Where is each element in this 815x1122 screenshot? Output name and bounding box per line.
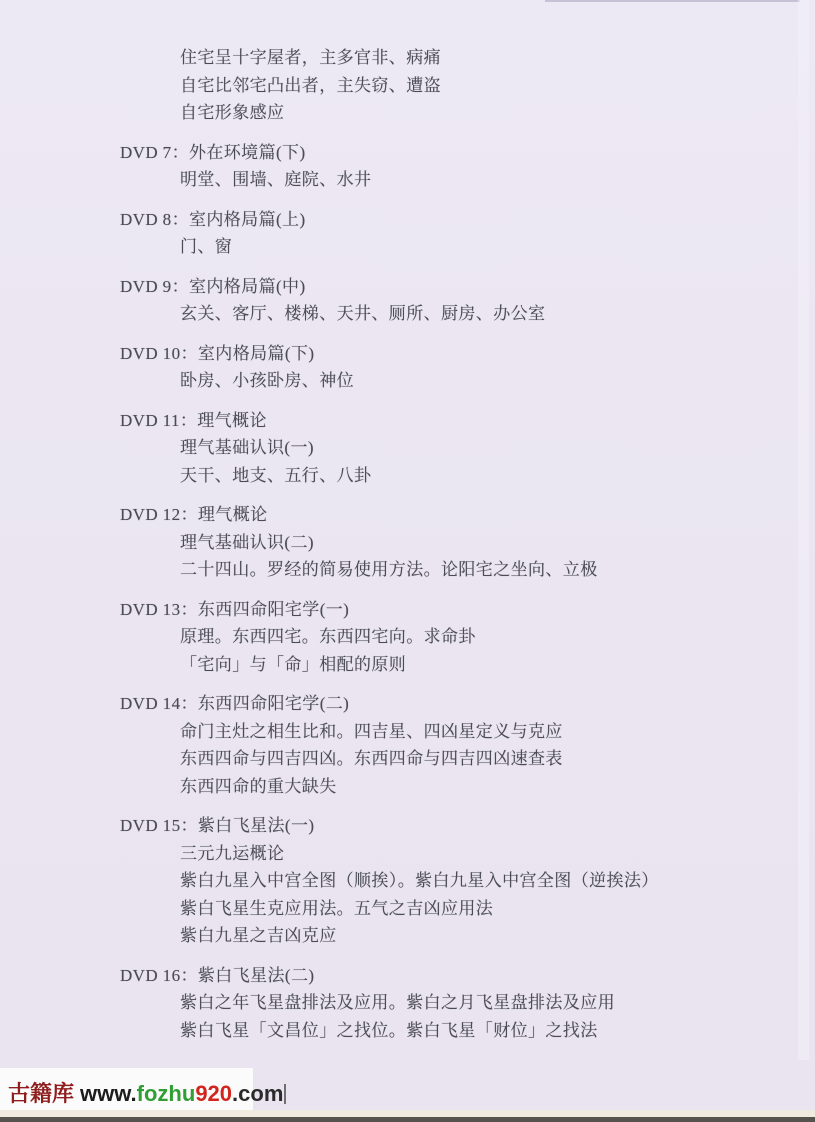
dvd-title: 室内格局篇(上) xyxy=(189,210,306,229)
scan-right-edge xyxy=(798,0,809,1060)
dvd-topic-line: 玄关、客厅、楼梯、天井、厕所、厨房、办公室 xyxy=(180,300,795,328)
dvd-topic-line: 紫白之年飞星盘排法及应用。紫白之月飞星盘排法及应用 xyxy=(180,989,795,1017)
cursor-mark xyxy=(284,1084,286,1104)
watermark-text: 古籍库www.fozhu920.com xyxy=(8,1077,286,1108)
dvd-header: DVD 11：理气概论 xyxy=(120,407,795,435)
dvd-header: DVD 15：紫白飞星法(一) xyxy=(120,812,795,840)
dvd-header: DVD 13：东西四命阳宅学(一) xyxy=(120,596,795,624)
dvd-header: DVD 16：紫白飞星法(二) xyxy=(120,962,795,990)
watermark-url-920: 920 xyxy=(195,1081,232,1106)
dvd-section-9: DVD 9：室内格局篇(中) 玄关、客厅、楼梯、天井、厕所、厨房、办公室 xyxy=(120,273,795,328)
watermark-url-www: www. xyxy=(80,1081,137,1106)
dvd-title: 室内格局篇(中) xyxy=(189,277,306,296)
dvd-label: DVD 11： xyxy=(120,407,197,435)
dvd-header: DVD 14：东西四命阳宅学(二) xyxy=(120,690,795,718)
dvd-topic-line: 门、窗 xyxy=(180,233,795,261)
dvd-topic-line: 理气基础认识(二) xyxy=(180,529,795,557)
dvd-label: DVD 12： xyxy=(120,501,198,529)
dvd-label: DVD 8： xyxy=(120,206,189,234)
watermark-site-name: 古籍库 xyxy=(8,1081,74,1106)
intro-line: 住宅呈十字屋者，主多官非、病痛 xyxy=(180,44,795,72)
dvd-title: 紫白飞星法(二) xyxy=(198,966,315,985)
intro-line: 自宅比邻宅凸出者，主失窃、遭盗 xyxy=(180,72,795,100)
dvd-header: DVD 12：理气概论 xyxy=(120,501,795,529)
dvd-label: DVD 7： xyxy=(120,139,189,167)
scan-bottom-bar xyxy=(0,1117,815,1122)
dvd-title: 外在环境篇(下) xyxy=(189,143,306,162)
dvd-section-15: DVD 15：紫白飞星法(一) 三元九运概论 紫白九星入中宫全图（顺挨）。紫白九… xyxy=(120,812,795,950)
dvd-title: 东西四命阳宅学(一) xyxy=(198,600,349,619)
dvd-section-11: DVD 11：理气概论 理气基础认识(一) 天干、地支、五行、八卦 xyxy=(120,407,795,490)
dvd-label: DVD 16： xyxy=(120,962,198,990)
dvd-topic-line: 卧房、小孩卧房、神位 xyxy=(180,367,795,395)
dvd-title: 室内格局篇(下) xyxy=(198,344,315,363)
dvd-section-7: DVD 7：外在环境篇(下) 明堂、围墙、庭院、水井 xyxy=(120,139,795,194)
intro-block: 住宅呈十字屋者，主多官非、病痛 自宅比邻宅凸出者，主失窃、遭盗 自宅形象感应 xyxy=(120,44,795,127)
dvd-section-14: DVD 14：东西四命阳宅学(二) 命门主灶之相生比和。四吉星、四凶星定义与克应… xyxy=(120,690,795,800)
dvd-topic-line: 紫白九星之吉凶克应 xyxy=(180,922,795,950)
watermark-url-com: .com xyxy=(232,1081,283,1106)
dvd-label: DVD 15： xyxy=(120,812,198,840)
dvd-section-16: DVD 16：紫白飞星法(二) 紫白之年飞星盘排法及应用。紫白之月飞星盘排法及应… xyxy=(120,962,795,1045)
dvd-topic-line: 天干、地支、五行、八卦 xyxy=(180,462,795,490)
dvd-section-10: DVD 10：室内格局篇(下) 卧房、小孩卧房、神位 xyxy=(120,340,795,395)
dvd-topic-line: 命门主灶之相生比和。四吉星、四凶星定义与克应 xyxy=(180,718,795,746)
scan-bottom-strip xyxy=(0,1110,815,1117)
dvd-topic-line: 紫白九星入中宫全图（顺挨）。紫白九星入中宫全图（逆挨法） xyxy=(180,867,795,895)
dvd-header: DVD 7：外在环境篇(下) xyxy=(120,139,795,167)
scan-top-edge xyxy=(545,0,800,2)
dvd-label: DVD 14： xyxy=(120,690,198,718)
dvd-topic-line: 原理。东西四宅。东西四宅向。求命卦 xyxy=(180,623,795,651)
dvd-topic-line: 紫白飞星生克应用法。五气之吉凶应用法 xyxy=(180,895,795,923)
intro-line: 自宅形象感应 xyxy=(180,99,795,127)
dvd-header: DVD 10：室内格局篇(下) xyxy=(120,340,795,368)
dvd-header: DVD 8：室内格局篇(上) xyxy=(120,206,795,234)
watermark-url-fozhu: fozhu xyxy=(137,1081,196,1106)
dvd-topic-line: 东西四命的重大缺失 xyxy=(180,773,795,801)
dvd-title: 东西四命阳宅学(二) xyxy=(198,694,349,713)
dvd-header: DVD 9：室内格局篇(中) xyxy=(120,273,795,301)
scanned-document-page: 住宅呈十字屋者，主多官非、病痛 自宅比邻宅凸出者，主失窃、遭盗 自宅形象感应 D… xyxy=(0,0,815,1122)
dvd-label: DVD 10： xyxy=(120,340,198,368)
dvd-topic-line: 二十四山。罗经的简易使用方法。论阳宅之坐向、立极 xyxy=(180,556,795,584)
dvd-section-13: DVD 13：东西四命阳宅学(一) 原理。东西四宅。东西四宅向。求命卦 「宅向」… xyxy=(120,596,795,679)
dvd-topic-line: 明堂、围墙、庭院、水井 xyxy=(180,166,795,194)
dvd-title: 紫白飞星法(一) xyxy=(198,816,315,835)
dvd-title: 理气概论 xyxy=(197,411,267,430)
dvd-section-12: DVD 12：理气概论 理气基础认识(二) 二十四山。罗经的简易使用方法。论阳宅… xyxy=(120,501,795,584)
dvd-topic-line: 「宅向」与「命」相配的原则 xyxy=(180,651,795,679)
dvd-label: DVD 13： xyxy=(120,596,198,624)
dvd-topic-line: 理气基础认识(一) xyxy=(180,434,795,462)
dvd-topic-line: 东西四命与四吉四凶。东西四命与四吉四凶速查表 xyxy=(180,745,795,773)
dvd-topic-line: 三元九运概论 xyxy=(180,840,795,868)
dvd-section-8: DVD 8：室内格局篇(上) 门、窗 xyxy=(120,206,795,261)
dvd-title: 理气概论 xyxy=(198,505,268,524)
document-content: 住宅呈十字屋者，主多官非、病痛 自宅比邻宅凸出者，主失窃、遭盗 自宅形象感应 D… xyxy=(120,44,795,1044)
dvd-topic-line: 紫白飞星「文昌位」之找位。紫白飞星「财位」之找法 xyxy=(180,1017,795,1045)
dvd-label: DVD 9： xyxy=(120,273,189,301)
